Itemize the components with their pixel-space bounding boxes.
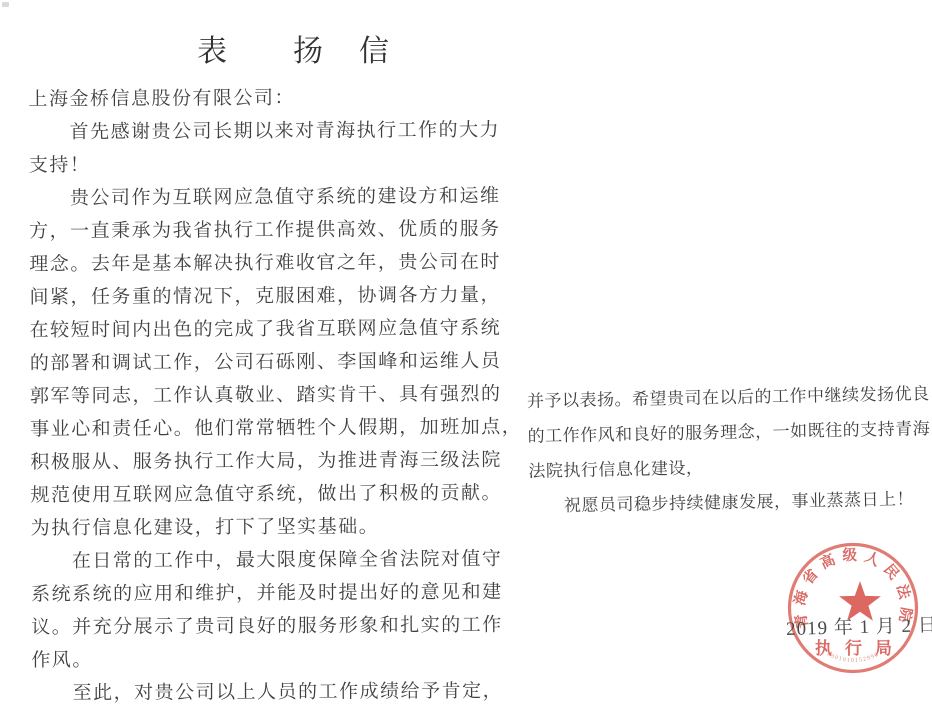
text-line: 积极服从、服务执行工作大局，为推进青海三级法院 xyxy=(30,444,495,479)
scan-artifact-mark xyxy=(2,2,9,7)
commendation-letter-scan: 表扬信 上海金桥信息股份有限公司： 首先感谢贵公司长期以来对青海执行工作的大力支… xyxy=(0,0,932,722)
text-line: 支持！ xyxy=(29,147,494,182)
text-line: 议。并充分展示了贵司良好的服务形象和扎实的工作 xyxy=(31,609,496,644)
title-char: 扬 xyxy=(293,26,323,70)
text-line: 系统系统的应用和维护，并能及时提出好的意见和建 xyxy=(31,576,496,611)
text-line: 方，一直秉承为我省执行工作提供高效、优质的服务 xyxy=(29,213,494,248)
letter-body-right-page: 并予以表扬。希望贵司在以后的工作中继续发扬优良的工作作风和良好的服务理念，一如既… xyxy=(527,376,930,524)
text-line: 在日常的工作中，最大限度保障全省法院对值守 xyxy=(31,543,496,578)
text-line: 上海金桥信息股份有限公司： xyxy=(28,81,493,116)
letter-date: 2019 年 1 月 2 日 xyxy=(786,610,932,641)
text-line: 的部署和调试工作，公司石砾刚、李国峰和运维人员 xyxy=(30,345,495,380)
letter-body-left-page: 上海金桥信息股份有限公司： 首先感谢贵公司长期以来对青海执行工作的大力支持！ 贵… xyxy=(28,81,496,710)
text-line: 事业心和责任心。他们常常牺牲个人假期，加班加点， xyxy=(30,411,495,446)
title-char: 信 xyxy=(359,26,389,70)
text-line: 理念。去年是基本解决执行难收官之年，贵公司在时 xyxy=(29,246,494,281)
text-line: 贵公司作为互联网应急值守系统的建设方和运维 xyxy=(29,180,494,215)
text-line: 至此，对贵公司以上人员的工作成绩给予肯定， xyxy=(31,675,496,710)
text-line: 间紧，任务重的情况下，克服困难，协调各方力量， xyxy=(29,279,494,314)
text-line: 为执行信息化建设，打下了坚实基础。 xyxy=(31,510,496,545)
text-line: 在较短时间内出色的完成了我省互联网应急值守系统 xyxy=(30,312,495,347)
text-line: 祝愿员司稳步持续健康发展，事业蒸蒸日上！ xyxy=(529,481,930,524)
letter-title: 表扬信 xyxy=(197,26,389,70)
title-char: 表 xyxy=(197,26,227,70)
text-line: 首先感谢贵公司长期以来对青海执行工作的大力 xyxy=(29,114,494,149)
text-line: 规范使用互联网应急值守系统，做出了积极的贡献。 xyxy=(30,477,495,512)
text-line: 作风。 xyxy=(31,642,496,677)
text-line: 郭军等同志，工作认真敬业、踏实肯干、具有强烈的 xyxy=(30,378,495,413)
